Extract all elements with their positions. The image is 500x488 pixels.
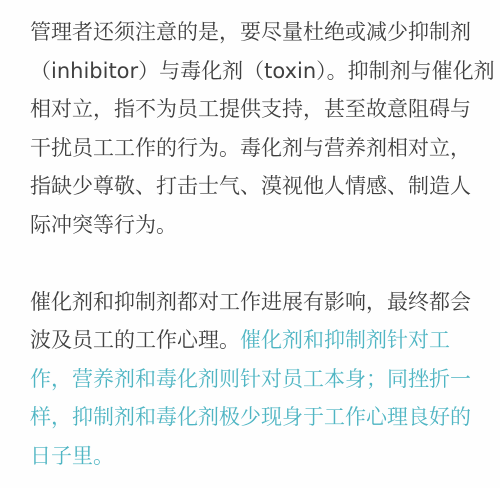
highlighted-text-line: 日子里。 bbox=[30, 437, 474, 476]
paragraph-1: 管理者还须注意的是，要尽量杜绝或减少抑制剂 （inhibitor）与毒化剂（to… bbox=[30, 13, 474, 244]
text-line: 干扰员工工作的行为。毒化剂与营养剂相对立， bbox=[30, 129, 474, 168]
text-line: 管理者还须注意的是，要尽量杜绝或减少抑制剂 bbox=[30, 13, 474, 52]
text-segment-normal: 波及员工的工作心理。 bbox=[30, 328, 240, 352]
text-line: 指缺少尊敬、打击士气、漠视他人情感、制造人 bbox=[30, 167, 474, 206]
paragraph-2: 催化剂和抑制剂都对工作进展有影响，最终都会 波及员工的工作心理。催化剂和抑制剂针… bbox=[30, 283, 474, 476]
text-line: 相对立，指不为员工提供支持，甚至故意阻碍与 bbox=[30, 90, 474, 129]
text-line: 催化剂和抑制剂都对工作进展有影响，最终都会 bbox=[30, 283, 474, 322]
article-page: 管理者还须注意的是，要尽量杜绝或减少抑制剂 （inhibitor）与毒化剂（to… bbox=[0, 0, 500, 488]
text-line: （inhibitor）与毒化剂（toxin）。抑制剂与催化剂 bbox=[30, 52, 474, 91]
text-line-mixed: 波及员工的工作心理。催化剂和抑制剂针对工 bbox=[30, 321, 474, 360]
highlighted-text-line: 作，营养剂和毒化剂则针对员工本身；同挫折一 bbox=[30, 360, 474, 399]
text-line: 际冲突等行为。 bbox=[30, 206, 474, 245]
text-segment-highlighted: 催化剂和抑制剂针对工 bbox=[240, 328, 450, 352]
highlighted-text-line: 样，抑制剂和毒化剂极少现身于工作心理良好的 bbox=[30, 398, 474, 437]
